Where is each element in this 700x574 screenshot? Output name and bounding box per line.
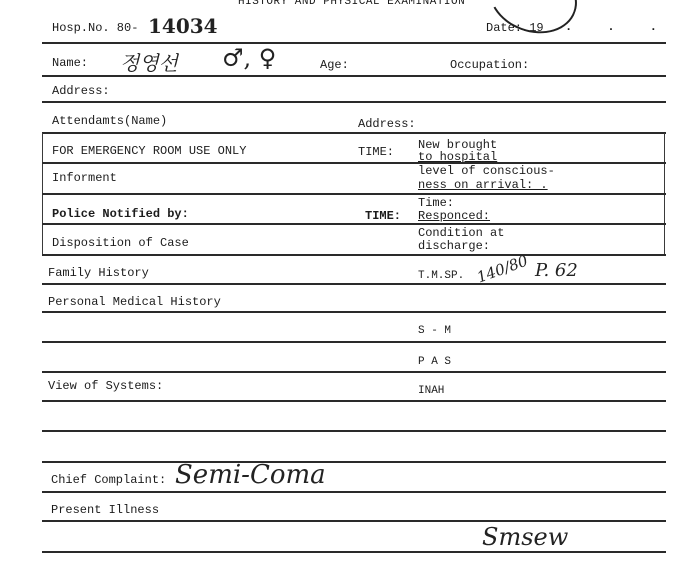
- family-history-label: Family History: [48, 266, 149, 280]
- rule: [42, 461, 666, 463]
- present-illness-label: Present Illness: [51, 503, 159, 517]
- hosp-no-value: 14034: [148, 14, 218, 38]
- rule: [42, 75, 666, 77]
- rule: [42, 400, 666, 402]
- box-divider: [42, 223, 666, 225]
- name-label: Name:: [52, 56, 88, 70]
- rule: [42, 42, 666, 44]
- form-title: HISTORY AND PHYSICAL EXAMINATION: [238, 0, 465, 8]
- rule: [42, 551, 666, 553]
- box-top: [42, 132, 666, 134]
- rule: [42, 491, 666, 493]
- personal-history-label: Personal Medical History: [48, 295, 221, 309]
- pulse-value: P. 62: [535, 260, 578, 281]
- address-label: Address:: [52, 84, 110, 98]
- box-divider: [42, 162, 666, 164]
- date-dots: . . .: [565, 20, 671, 34]
- rule: [42, 430, 666, 432]
- pas-label: P A S: [418, 356, 451, 368]
- emergency-time-label: TIME:: [358, 145, 394, 159]
- rule: [42, 283, 666, 285]
- rule: [42, 520, 666, 522]
- box-bottom: [42, 254, 666, 256]
- box-divider: [42, 193, 666, 195]
- review-systems-label: View of Systems:: [48, 379, 163, 393]
- attendants-address-label: Address:: [358, 117, 416, 131]
- rule: [42, 371, 666, 373]
- time-responded-label-1: Time:: [418, 196, 454, 210]
- police-notified-label: Police Notified by:: [52, 207, 189, 221]
- sm-label: S - M: [418, 325, 451, 337]
- consciousness-label-2: ness on arrival: .: [418, 178, 548, 192]
- disposition-label: Disposition of Case: [52, 236, 189, 250]
- attendants-label: Attendamts(Name): [52, 114, 167, 128]
- informent-label: Informent: [52, 171, 117, 185]
- to-hospital-label: to hospital: [418, 150, 497, 164]
- chief-complaint-value: Semi-Coma: [175, 460, 326, 490]
- sex-value: ♂, ♀: [222, 44, 276, 72]
- condition-discharge-label-2: discharge:: [418, 239, 490, 253]
- name-value: 정영선: [120, 47, 178, 76]
- physician-signature: Smsew: [482, 523, 568, 551]
- bp-value: 140/80: [475, 252, 531, 287]
- police-time-label: TIME:: [365, 209, 401, 223]
- date-label: Date: 19: [486, 21, 544, 35]
- rule: [42, 341, 666, 343]
- age-label: Age:: [320, 58, 349, 72]
- emergency-row-label: FOR EMERGENCY ROOM USE ONLY: [52, 144, 246, 158]
- occupation-label: Occupation:: [450, 58, 529, 72]
- condition-discharge-label-1: Condition at: [418, 226, 504, 240]
- consciousness-label-1: level of conscious-: [418, 164, 555, 178]
- tmsp-label: T.M.SP.: [418, 270, 464, 282]
- time-responded-label-2: Responced:: [418, 209, 490, 223]
- rule: [42, 101, 666, 103]
- rule: [42, 311, 666, 313]
- chief-complaint-label: Chief Complaint:: [51, 473, 166, 487]
- inah-label: INAH: [418, 385, 444, 397]
- hosp-no-label: Hosp.No. 80-: [52, 21, 138, 35]
